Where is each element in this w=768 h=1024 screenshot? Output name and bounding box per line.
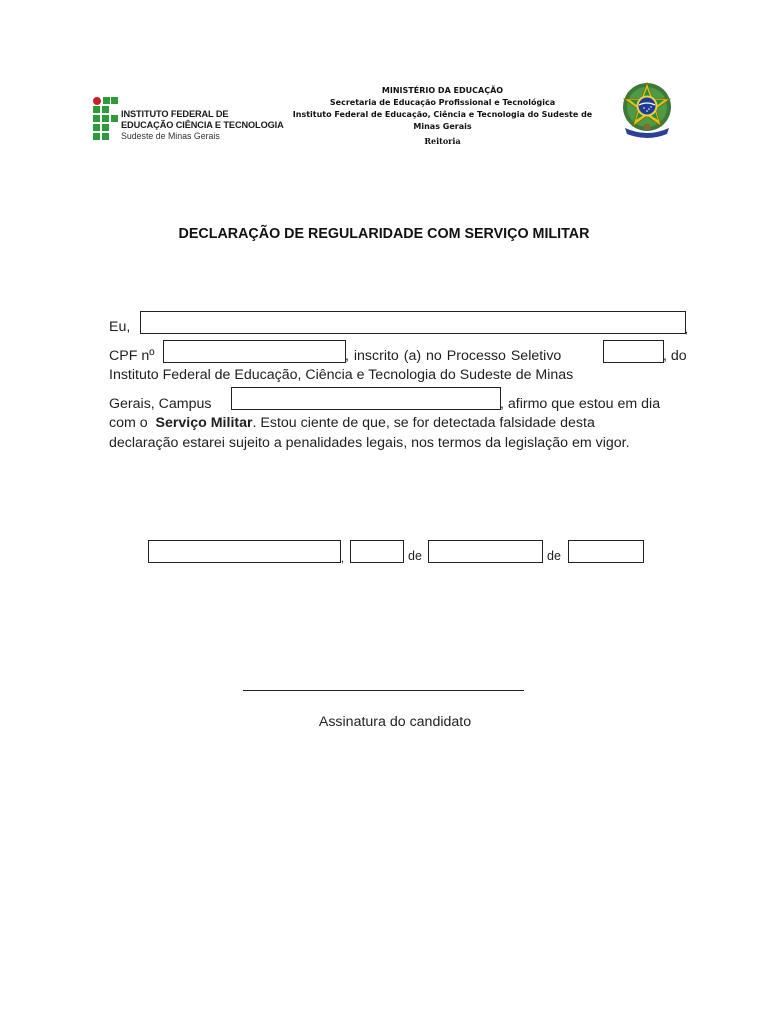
brazil-coat-of-arms-icon <box>614 78 680 144</box>
day-field[interactable] <box>350 540 404 563</box>
name-field[interactable] <box>140 311 686 334</box>
eu-label: Eu, <box>109 319 130 335</box>
name-comma: , <box>685 324 688 336</box>
do-text: , do <box>663 348 687 364</box>
date-comma: , <box>341 553 344 565</box>
document-title: DECLARAÇÃO DE REGULARIDADE COM SERVIÇO M… <box>0 226 768 242</box>
afirmo-text: , afirmo que estou em dia <box>500 396 660 412</box>
city-field[interactable] <box>148 540 341 563</box>
institute-logo-mark <box>93 97 119 141</box>
servico-militar-bold: Serviço Militar <box>156 415 253 431</box>
logo-line-3: Sudeste de Minas Gerais <box>121 131 284 142</box>
institute-logo-text: INSTITUTO FEDERAL DE EDUCAÇÃO CIÊNCIA E … <box>121 109 284 142</box>
estou-ciente-text: . Estou ciente de que, se for detectada … <box>253 415 595 431</box>
signature-line[interactable] <box>243 690 524 691</box>
ministry-line: MINISTÉRIO DA EDUCAÇÃO <box>280 85 605 97</box>
de-label-2: de <box>547 549 561 563</box>
logo-line-2: EDUCAÇÃO CIÊNCIA E TECNOLOGIA <box>121 120 284 131</box>
inscrito-text: , inscrito (a) no Processo Seletivo <box>345 348 561 364</box>
cpf-field[interactable] <box>163 340 346 363</box>
campus-field[interactable] <box>231 387 501 410</box>
year-field[interactable] <box>568 540 644 563</box>
institute-name-text: Instituto Federal de Educação, Ciência e… <box>109 367 573 383</box>
de-label-1: de <box>408 549 422 563</box>
logo-line-1: INSTITUTO FEDERAL DE <box>121 109 284 120</box>
signature-label: Assinatura do candidato <box>0 714 768 730</box>
gerais-campus-label: Gerais, Campus <box>109 396 212 412</box>
secretariat-line: Secretaria de Educação Profissional e Te… <box>280 97 605 109</box>
cpf-label: CPF nº <box>109 348 154 364</box>
penalidades-text: declaração estarei sujeito a penalidades… <box>109 435 630 451</box>
servico-line: com o Serviço Militar. Estou ciente de q… <box>109 415 595 431</box>
institute-line: Instituto Federal de Educação, Ciência e… <box>280 109 605 133</box>
month-field[interactable] <box>428 540 543 563</box>
unit-line: Reitoria <box>280 135 605 147</box>
com-o-text: com o <box>109 415 148 431</box>
processo-seletivo-field[interactable] <box>603 340 664 363</box>
letterhead: MINISTÉRIO DA EDUCAÇÃO Secretaria de Edu… <box>280 85 605 147</box>
